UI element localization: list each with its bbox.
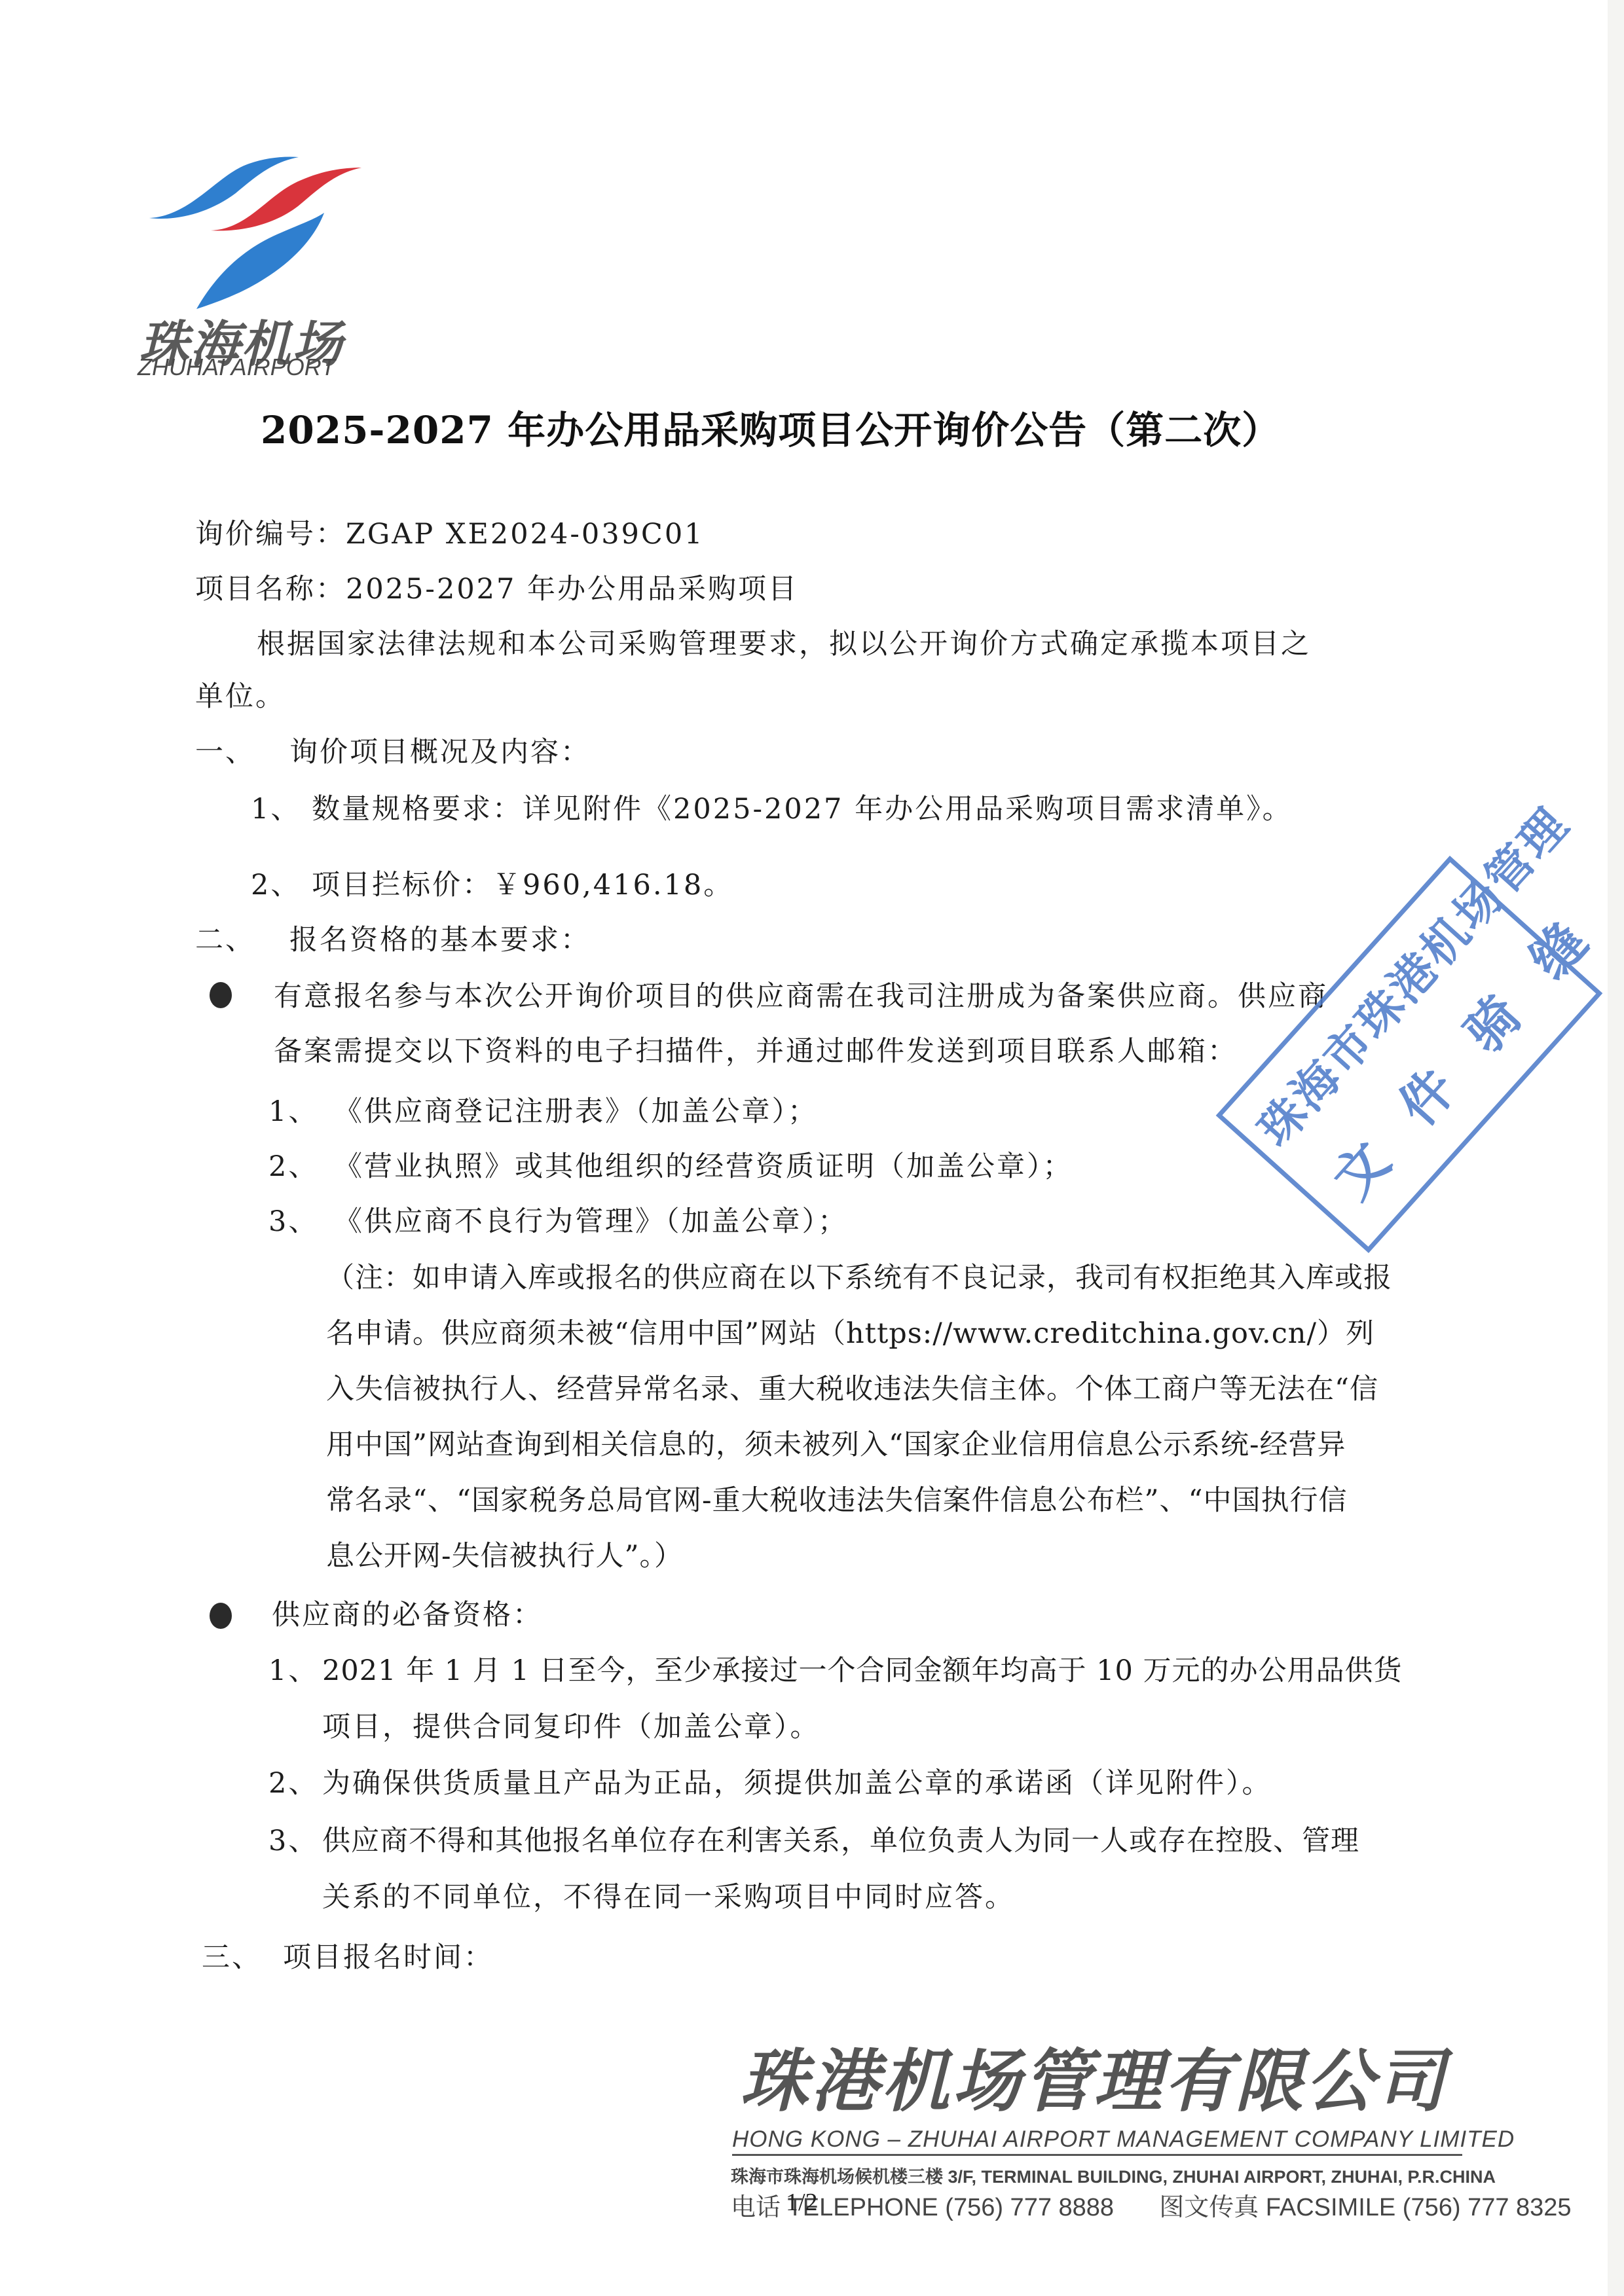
footer-company-english: HONG KONG – ZHUHAI AIRPORT MANAGEMENT CO…: [732, 2126, 1515, 2153]
section-1-heading: 询价项目概况及内容：: [289, 730, 591, 770]
inquiry-number: 询价编号：ZGAP XE2024-039C01: [195, 512, 705, 552]
note-line-4: 用中国”网站查询到相关信息的，须未被列入“国家企业信用信息公示系统-经营异: [326, 1423, 1346, 1463]
qual-item-2-number: 2、: [268, 1761, 318, 1801]
qual-item-1-line-1: 2021 年 1 月 1 日至今，至少承接过一个合同金额年均高于 10 万元的办…: [322, 1649, 1403, 1688]
section-1-item-1: 1、 数量规格要求：详见附件《2025-2027 年办公用品采购项目需求清单》。: [251, 787, 1293, 827]
qual-item-3-line-2: 关系的不同单位，不得在同一采购项目中同时应答。: [322, 1875, 1015, 1915]
seam-stamp: 珠海市珠港机场管理 文件骑缝: [1216, 856, 1603, 1253]
zhuhai-airport-logo-icon: [131, 124, 367, 321]
section-2-heading: 报名资格的基本要求：: [289, 918, 591, 958]
footer-contact: 电话 TELEPHONE (756) 777 8888 图文传真 FACSIMI…: [731, 2187, 1572, 2223]
note-line-1: （注：如申请入库或报名的供应商在以下系统有不良记录，我司有权拒绝其入库或报: [326, 1256, 1392, 1296]
page-title: 2025-2027 年办公用品采购项目公开询价公告（第二次）: [261, 399, 1280, 454]
qual-item-2-line-1: 为确保供货质量且产品为正品，须提供加盖公章的承诺函（详见附件）。: [322, 1761, 1272, 1801]
doc-item-1-text: 《供应商登记注册表》（加盖公章）；: [334, 1089, 818, 1129]
note-line-3: 入失信被执行人、经营异常名录、重大税收违法失信主体。个体工商户等无法在“信: [326, 1367, 1378, 1407]
doc-item-2-text: 《营业执照》或其他组织的经营资质证明（加盖公章）；: [334, 1144, 1073, 1184]
logo-english-name: ZHUHAI AIRPORT: [138, 354, 335, 381]
doc-item-3-number: 3、: [268, 1199, 318, 1239]
qual-item-1-line-2: 项目，提供合同复印件（加盖公章）。: [322, 1705, 821, 1745]
bullet-icon: [210, 982, 232, 1008]
section-3-number: 三、: [202, 1935, 262, 1975]
bullet-1-line-2: 备案需提交以下资料的电子扫描件，并通过邮件发送到项目联系人邮箱：: [274, 1029, 1238, 1069]
section-3-heading: 项目报名时间：: [283, 1935, 494, 1975]
qual-item-3-number: 3、: [268, 1819, 318, 1859]
note-line-5: 常名录“、“国家税务总局官网-重大税收违法失信案件信息公布栏”、“中国执行信: [326, 1478, 1347, 1518]
footer-address: 珠海市珠海机场候机楼三楼 3/F, TERMINAL BUILDING, ZHU…: [731, 2162, 1496, 2188]
intro-paragraph-line-1: 根据国家法律法规和本公司采购管理要求，拟以公开询价方式确定承揽本项目之: [257, 622, 1311, 662]
intro-paragraph-line-2: 单位。: [195, 674, 286, 714]
note-line-6: 息公开网-失信被执行人”。）: [326, 1534, 683, 1574]
page-edge: [1608, 0, 1624, 2296]
bullet-icon: [210, 1603, 232, 1629]
section-1-item-2: 2、 项目拦标价：￥960,416.18。: [251, 863, 733, 903]
footer-facsimile: 图文传真 FACSIMILE (756) 777 8325: [1159, 2194, 1571, 2221]
section-2-number: 二、: [195, 918, 255, 958]
bullet-2-heading: 供应商的必备资格：: [272, 1593, 543, 1633]
footer-divider: [732, 2154, 1462, 2156]
doc-item-1-number: 1、: [268, 1089, 318, 1129]
qual-item-1-number: 1、: [268, 1649, 318, 1688]
note-line-2: 名申请。供应商须未被“信用中国”网站（https://www.creditchi…: [326, 1311, 1375, 1351]
doc-item-3-text: 《供应商不良行为管理》（加盖公章）；: [334, 1199, 848, 1239]
qual-item-3-line-1: 供应商不得和其他报名单位存在利害关系，单位负责人为同一人或存在控股、管理: [322, 1819, 1359, 1859]
page-number: 1/2: [786, 2188, 818, 2217]
bullet-1-line-1: 有意报名参与本次公开询价项目的供应商需在我司注册成为备案供应商。供应商: [274, 974, 1328, 1014]
doc-item-2-number: 2、: [268, 1144, 318, 1184]
footer-company-chinese: 珠港机场管理有限公司: [740, 2026, 1447, 2124]
section-1-number: 一、: [195, 730, 255, 770]
project-name: 项目名称：2025-2027 年办公用品采购项目: [195, 567, 798, 607]
